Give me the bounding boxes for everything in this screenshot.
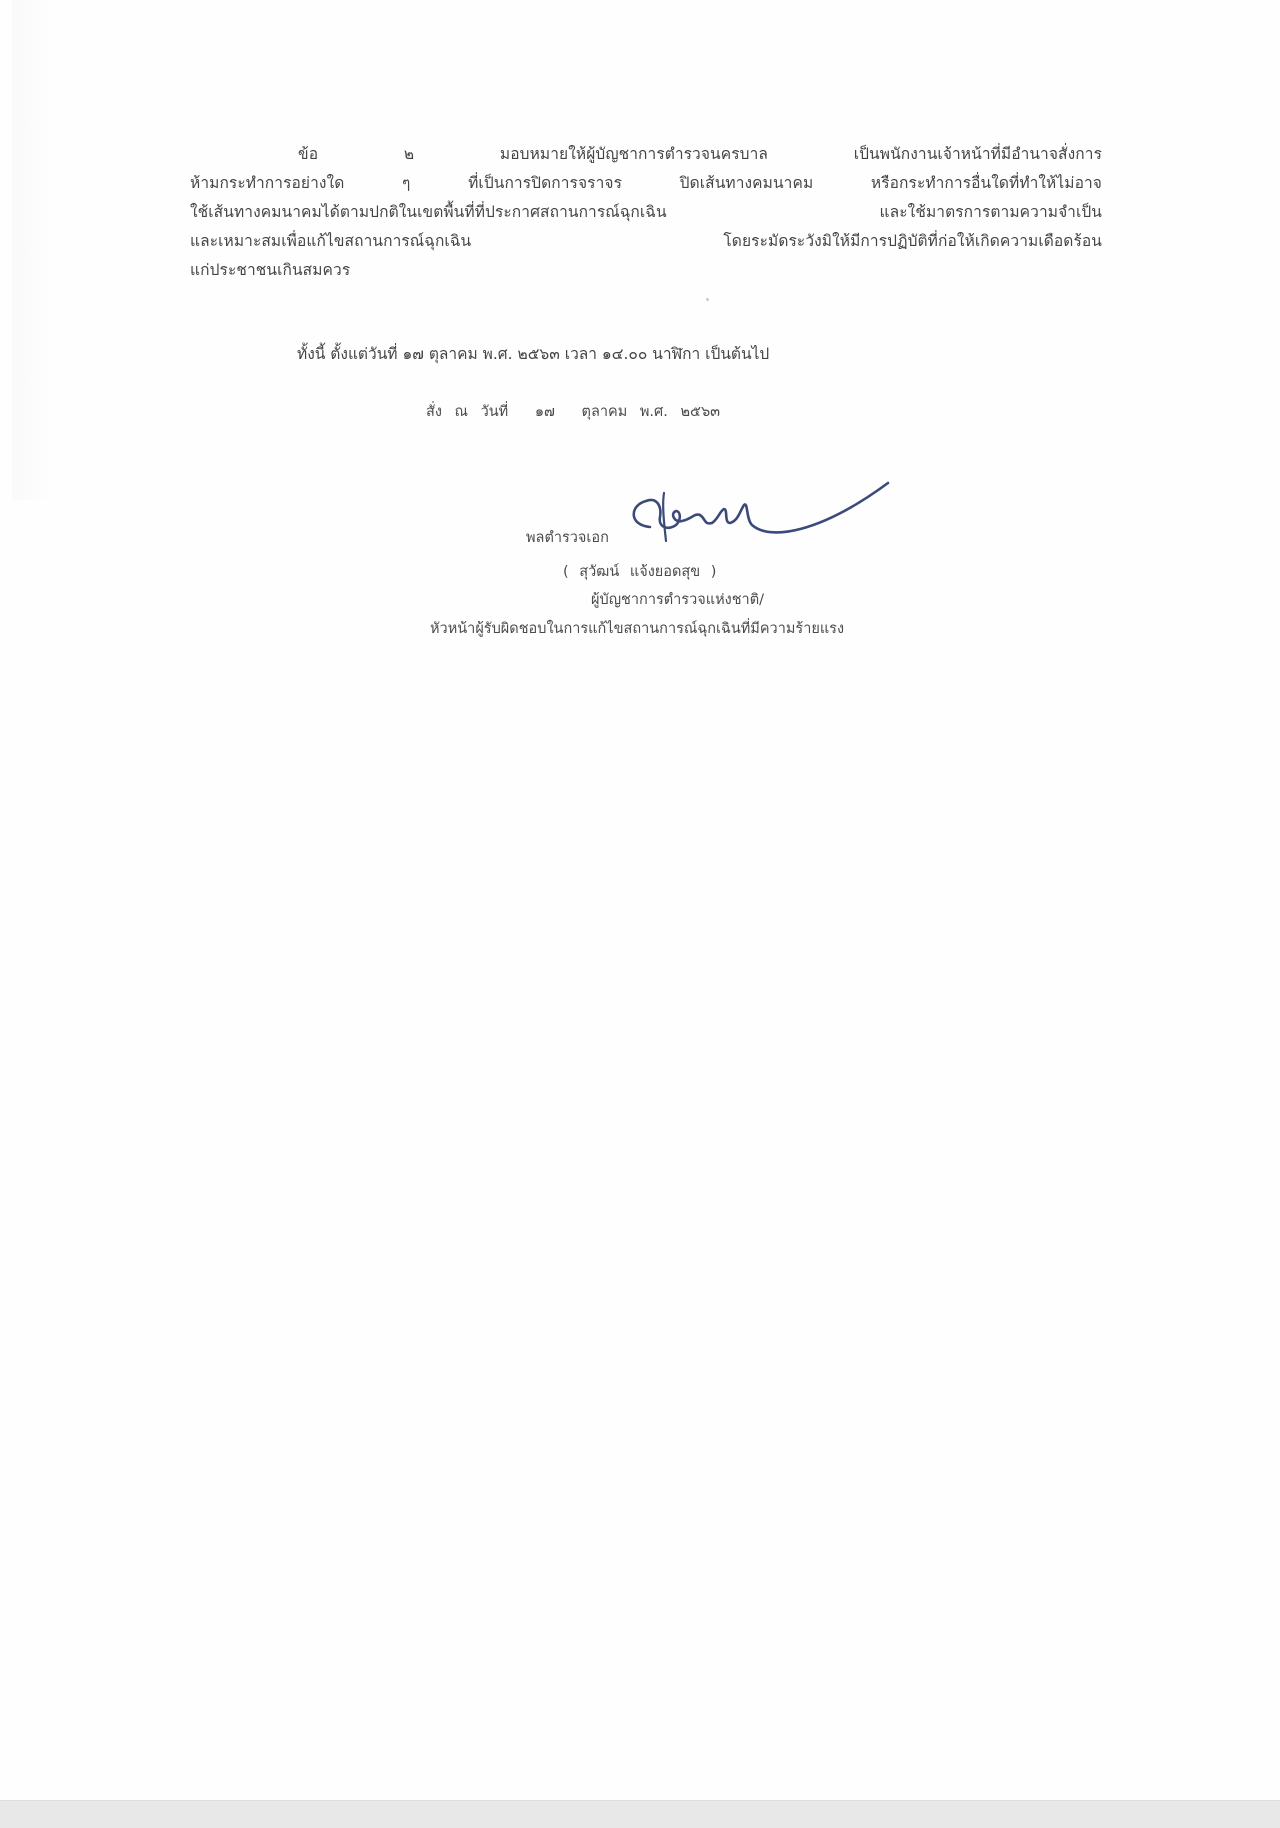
handwritten-signature: [620, 475, 890, 555]
ordered-date-line: สั่ง ณ วันที่ ๑๗ ตุลาคม พ.ศ. ๒๕๖๓: [426, 400, 734, 423]
ordered-month-year: ตุลาคม พ.ศ. ๒๕๖๓: [582, 404, 721, 420]
scan-shadow: [12, 0, 52, 500]
signatory-rank: พลตำรวจเอก: [526, 526, 609, 549]
paragraph-line: และเหมาะสมเพื่อแก้ไขสถานการณ์ฉุกเฉิน โดย…: [190, 227, 1102, 256]
signatory-name: ( สุวัฒน์ แจ้งยอดสุข ): [563, 560, 716, 583]
document-page: ข้อ ๒ มอบหมายให้ผู้บัญชาการตำรวจนครบาล เ…: [0, 0, 1280, 1800]
ordered-day: ๑๗: [535, 404, 555, 420]
paragraph-line: แก่ประชาชนเกินสมควร: [190, 256, 1102, 285]
signatory-title-line-1: ผู้บัญชาการตำรวจแห่งชาติ/: [591, 588, 764, 611]
paragraph-line: ห้ามกระทำการอย่างใด ๆ ที่เป็นการปิดการจร…: [190, 169, 1102, 198]
bottom-bar: [0, 1800, 1280, 1828]
paragraph-line: ใช้เส้นทางคมนาคมได้ตามปกติในเขตพื้นที่ที…: [190, 198, 1102, 227]
paragraph-line: ข้อ ๒ มอบหมายให้ผู้บัญชาการตำรวจนครบาล เ…: [190, 140, 1102, 169]
scan-speck: [706, 298, 709, 301]
effective-date-line: ทั้งนี้ ตั้งแต่วันที่ ๑๗ ตุลาคม พ.ศ. ๒๕๖…: [297, 341, 769, 366]
order-clause-2: ข้อ ๒ มอบหมายให้ผู้บัญชาการตำรวจนครบาล เ…: [190, 140, 1102, 285]
ordered-prefix: สั่ง ณ วันที่: [426, 404, 508, 420]
signatory-title-line-2: หัวหน้าผู้รับผิดชอบในการแก้ไขสถานการณ์ฉุ…: [430, 617, 844, 640]
